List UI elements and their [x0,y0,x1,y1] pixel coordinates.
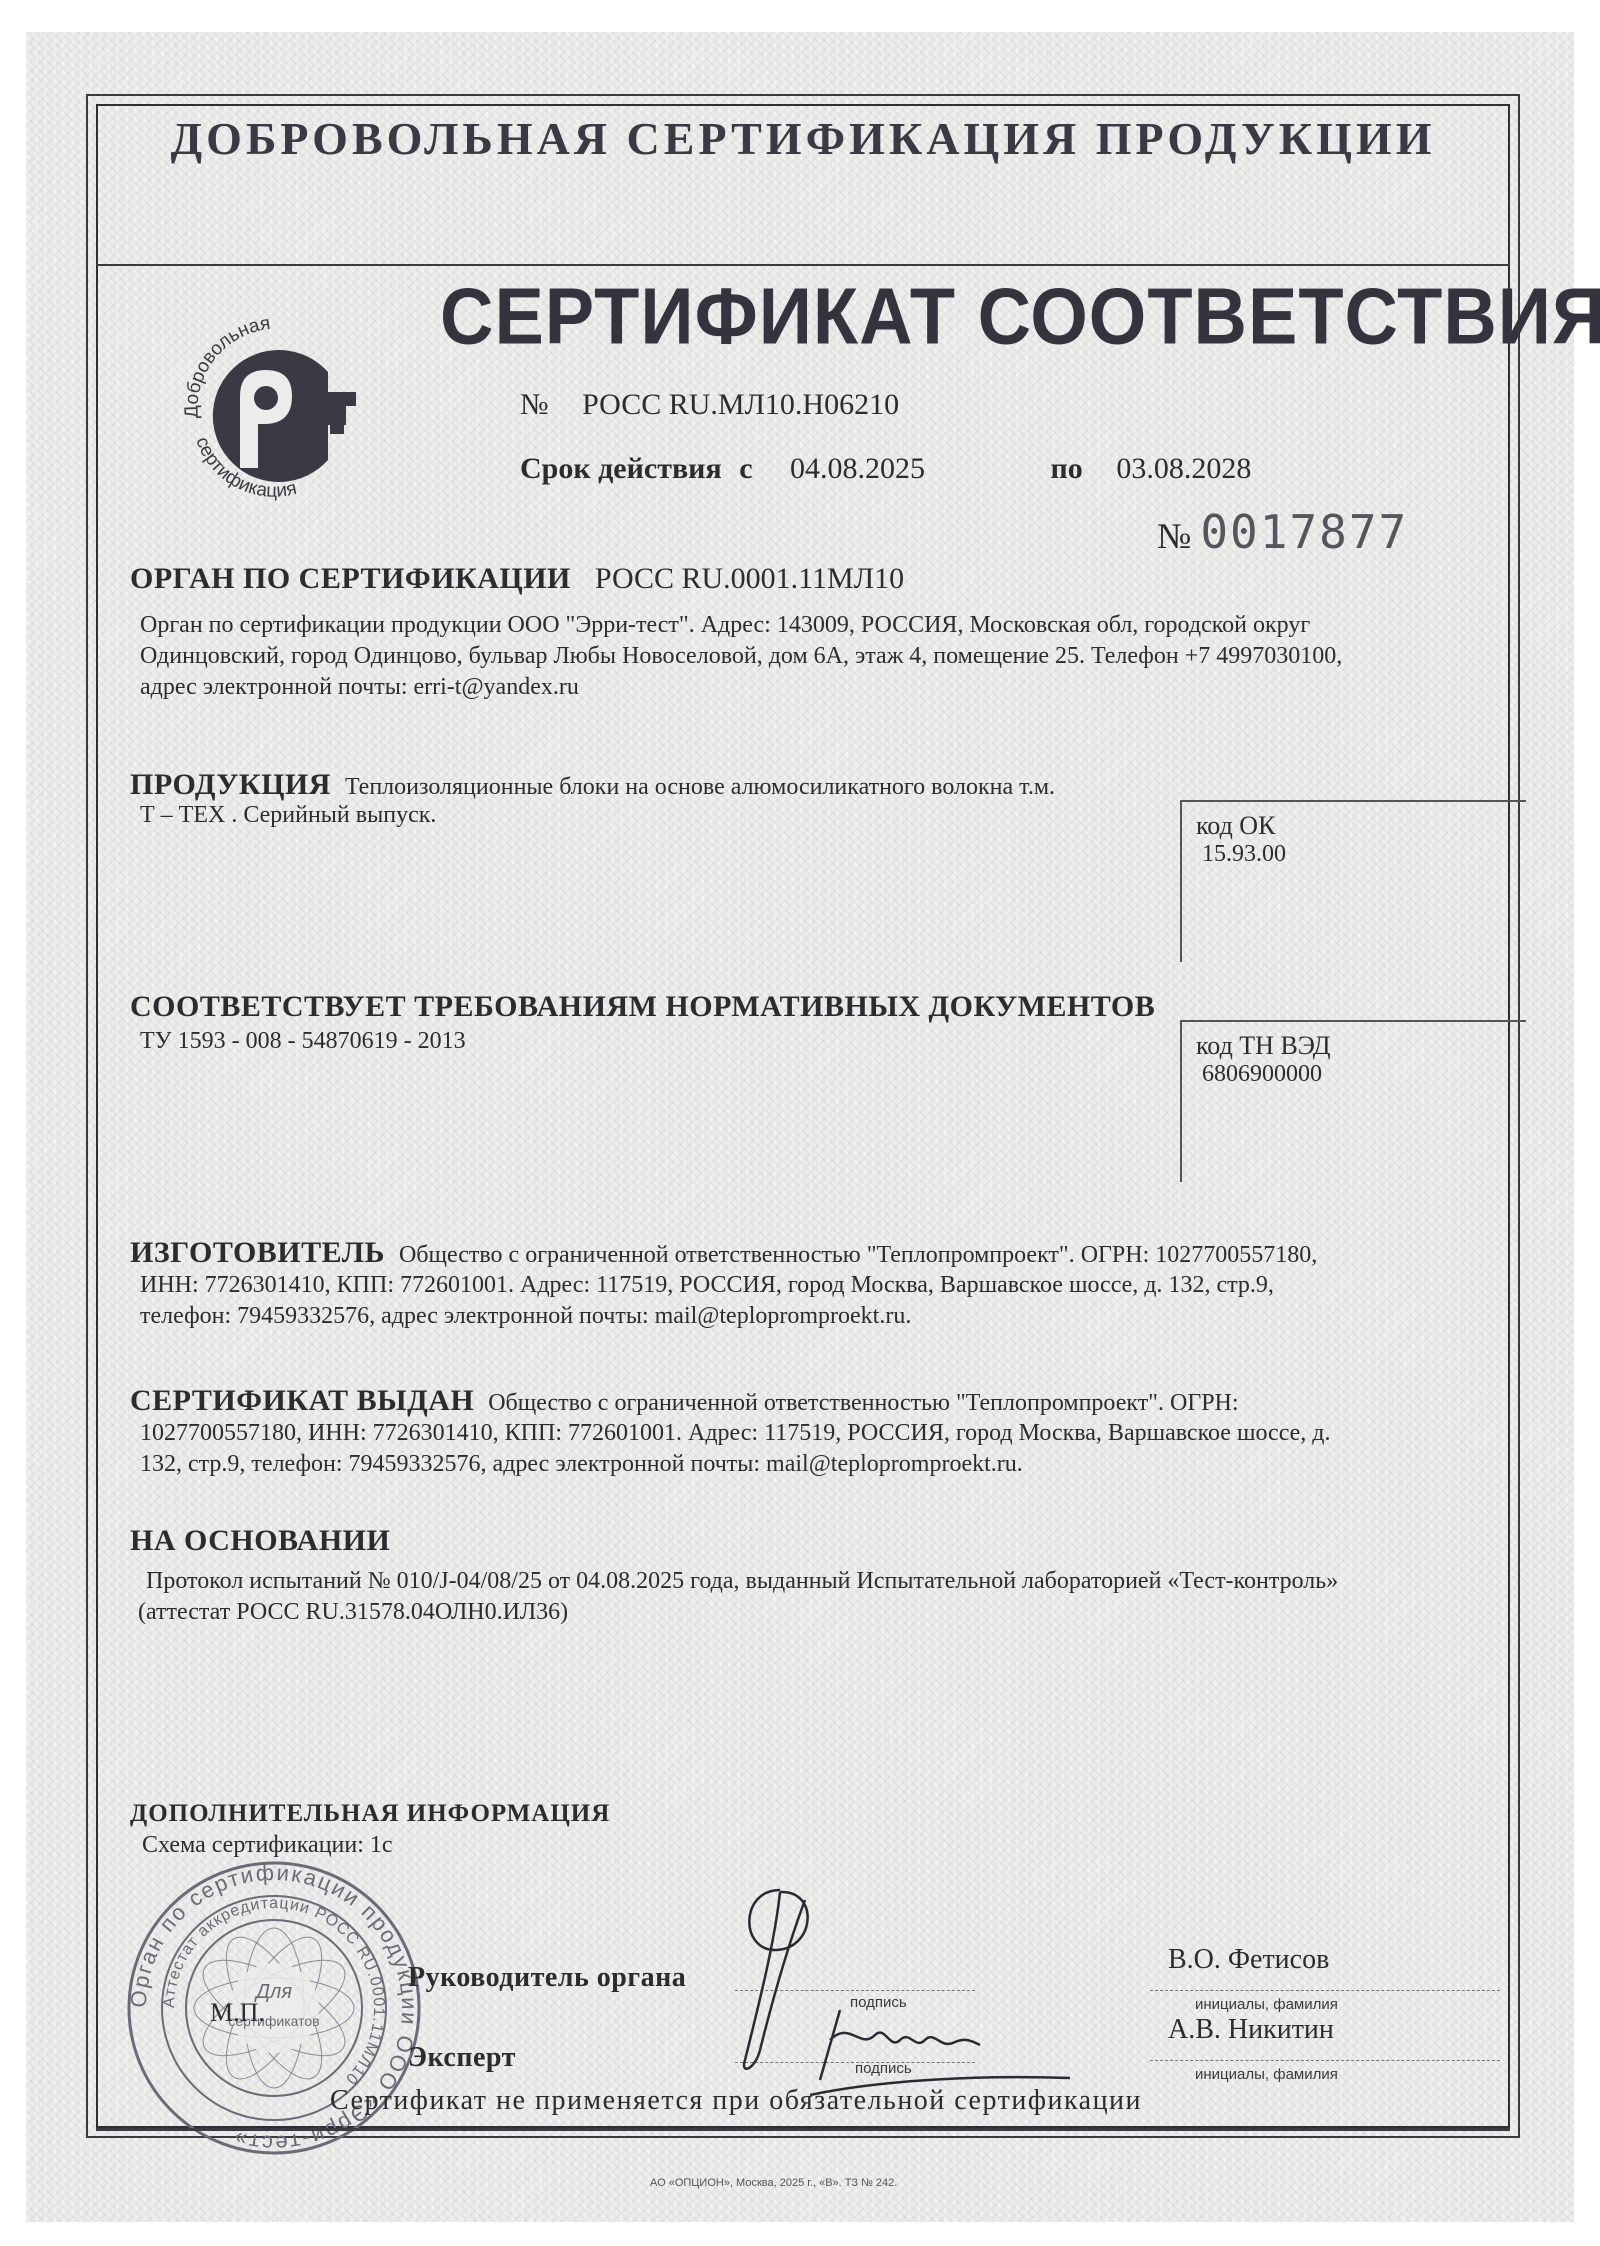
basis-heading: НА ОСНОВАНИИ [130,1524,390,1558]
validity-row: Срок действия с 04.08.2025 по 03.08.2028 [520,452,1251,486]
cert-body-line: Одинцовский, город Одинцово, бульвар Люб… [140,641,1342,672]
rst-voluntary-certification-logo-icon: Добровольная сертификация [168,300,383,515]
expert-label: Эксперт [408,2042,516,2074]
certificate-number-row: № РОСС RU.МЛ10.Н06210 [520,388,899,422]
issued-to-line: 1027700557180, ИНН: 7726301410, КПП: 772… [140,1418,1331,1449]
validity-label: Срок действия [520,452,722,485]
product-row: ПРОДУКЦИЯ Теплоизоляционные блоки на осн… [130,768,1055,803]
okpd-code-box: код ОК 15.93.00 [1180,800,1526,962]
basis-details: Протокол испытаний № 010/J-04/08/25 от 0… [146,1566,1338,1628]
certificate-number: РОСС RU.МЛ10.Н06210 [582,388,899,421]
basis-line: Протокол испытаний № 010/J-04/08/25 от 0… [146,1566,1338,1597]
valid-to-date: 03.08.2028 [1116,452,1251,485]
basis-line: (аттестат РОСС RU.31578.04ОЛН0.ИЛ36) [138,1597,1338,1628]
printer-imprint: АО «ОПЦИОН», Москва, 2025 г., «В». ТЗ № … [650,2177,897,2189]
header-divider [96,264,1510,266]
conformity-heading: СООТВЕТСТВУЕТ ТРЕБОВАНИЯМ НОРМАТИВНЫХ ДО… [130,990,1155,1024]
seal-place-mark: М.П. [210,1998,265,2028]
serial-digits: 0017877 [1200,505,1408,559]
product-heading: ПРОДУКЦИЯ [130,768,331,801]
issued-to-heading: СЕРТИФИКАТ ВЫДАН [130,1384,474,1417]
manufacturer-row: ИЗГОТОВИТЕЛЬ Общество с ограниченной отв… [130,1236,1317,1271]
okpd-code-value: 15.93.00 [1202,840,1526,868]
tnved-code-box: код ТН ВЭД 6806900000 [1180,1020,1526,1182]
manufacturer-line: ИНН: 7726301410, КПП: 772601001. Адрес: … [140,1270,1274,1301]
cert-body-line: Орган по сертификации продукции ООО "Эрр… [140,610,1342,641]
head-name-caption: инициалы, фамилия [1195,1996,1338,2013]
okpd-code-label: код ОК [1196,812,1526,840]
tnved-code-label: код ТН ВЭД [1196,1032,1526,1060]
issued-to-line: 132, стр.9, телефон: 79459332576, адрес … [140,1449,1331,1480]
product-description: Теплоизоляционные блоки на основе алюмос… [345,774,1055,800]
additional-info-heading: ДОПОЛНИТЕЛЬНАЯ ИНФОРМАЦИЯ [130,1800,610,1828]
tnved-code-value: 6806900000 [1202,1060,1526,1088]
certification-scheme: Схема сертификации: 1с [142,1830,393,1861]
number-sign: № [520,388,549,421]
manufacturer-line: Общество с ограниченной ответственностью… [399,1242,1317,1268]
footer-divider [96,2128,1510,2131]
issued-to-line: Общество с ограниченной ответственностью… [488,1390,1238,1416]
cert-body-details: Орган по сертификации продукции ООО "Эрр… [140,610,1342,703]
cert-body-heading-row: ОРГАН ПО СЕРТИФИКАЦИИ РОСС RU.0001.11МЛ1… [130,562,904,596]
voluntary-certification-title: ДОБРОВОЛЬНАЯ СЕРТИФИКАЦИЯ ПРОДУКЦИИ [96,112,1510,165]
issued-to-row: СЕРТИФИКАТ ВЫДАН Общество с ограниченной… [130,1384,1239,1419]
cert-body-code: РОСС RU.0001.11МЛ10 [595,562,904,595]
form-serial-number: № 0017877 [1157,505,1408,559]
valid-from-label: с [739,452,752,485]
manufacturer-line: телефон: 79459332576, адрес электронной … [140,1301,1274,1332]
valid-from-date: 04.08.2025 [790,452,925,485]
expert-name-caption: инициалы, фамилия [1195,2066,1338,2083]
head-of-body-label: Руководитель органа [408,1962,686,1994]
expert-name: А.В. Никитин [1168,2014,1334,2046]
expert-name-line [1150,2060,1500,2061]
head-name: В.О. Фетисов [1168,1944,1329,1976]
product-brand-line: Т – ТЕХ . Серийный выпуск. [140,800,436,831]
head-name-line [1150,1990,1500,1991]
cert-body-line: адрес электронной почты: erri-t@yandex.r… [140,672,1342,703]
issued-to-details: 1027700557180, ИНН: 7726301410, КПП: 772… [140,1418,1331,1480]
valid-to-label: по [1051,452,1083,485]
manufacturer-heading: ИЗГОТОВИТЕЛЬ [130,1236,385,1269]
certificate-of-conformity-title: СЕРТИФИКАТ СООТВЕТСТВИЯ [440,270,1600,362]
normative-document: ТУ 1593 - 008 - 54870619 - 2013 [140,1026,466,1057]
cert-body-heading: ОРГАН ПО СЕРТИФИКАЦИИ [130,562,571,595]
not-mandatory-notice: Сертификат не применяется при обязательн… [330,2085,1142,2117]
serial-sign: № [1157,516,1191,556]
manufacturer-details: ИНН: 7726301410, КПП: 772601001. Адрес: … [140,1270,1274,1332]
